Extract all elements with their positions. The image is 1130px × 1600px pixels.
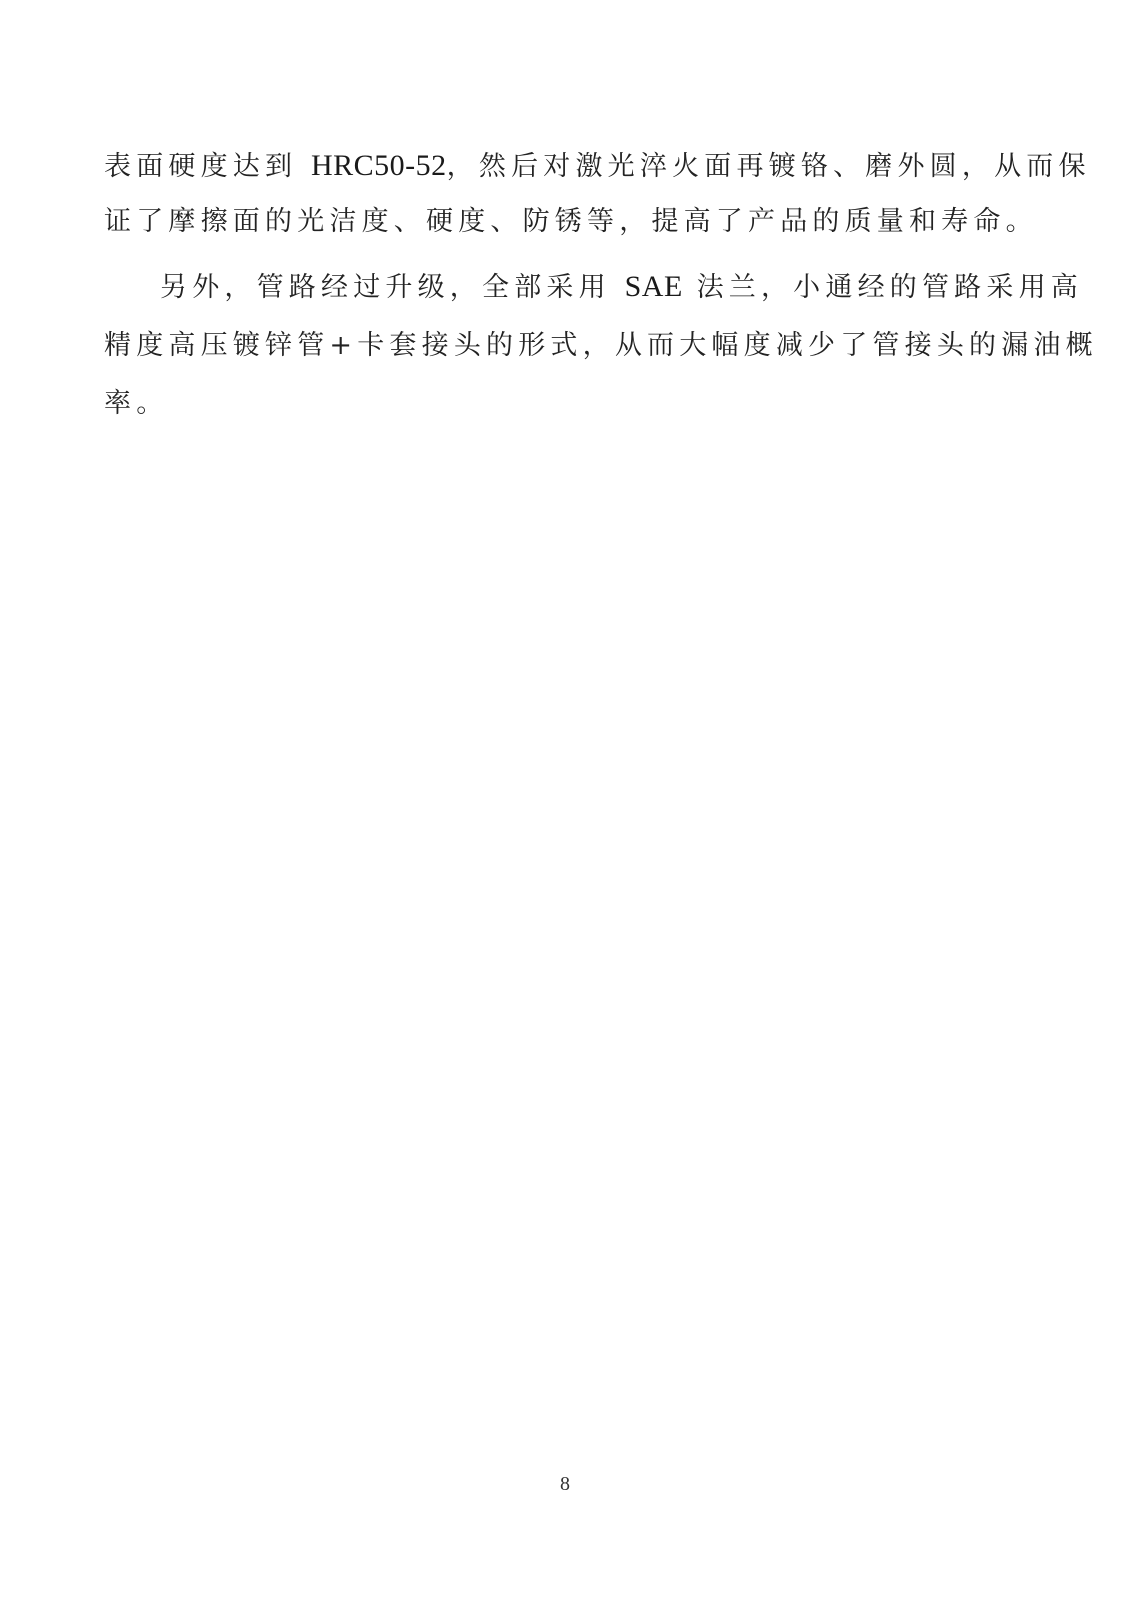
paragraph-1-line-1: 表面硬度达到 HRC50-52，然后对激光淬火面再镀铬、磨外圆，从而保 [104, 140, 1091, 192]
text-run: 表面硬度达到 [104, 151, 311, 182]
text-run: ，然后对激光淬火面再镀铬、磨外圆，从而保 [447, 151, 1091, 182]
text-run: 另外，管路经过升级，全部采用 [160, 272, 625, 303]
hardness-value: HRC50-52 [311, 149, 447, 182]
text-run: 法兰，小通经的管路采用高 [683, 272, 1083, 303]
paragraph-1-line-2: 证了摩擦面的光洁度、硬度、防锈等，提高了产品的质量和寿命。 [104, 196, 1038, 248]
page-number: 8 [0, 1470, 1130, 1498]
sae-term: SAE [625, 270, 683, 303]
paragraph-2-line-1: 另外，管路经过升级，全部采用 SAE 法兰，小通经的管路采用高 [160, 261, 1083, 313]
text-run: 率。 [104, 388, 168, 419]
text-run: 证了摩擦面的光洁度、硬度、防锈等，提高了产品的质量和寿命。 [104, 206, 1038, 237]
document-page: 表面硬度达到 HRC50-52，然后对激光淬火面再镀铬、磨外圆，从而保 证了摩擦… [0, 0, 1130, 1600]
text-run: 精度高压镀锌管+卡套接头的形式，从而大幅度减少了管接头的漏油概 [104, 330, 1098, 361]
paragraph-2-line-3: 率。 [104, 378, 168, 430]
paragraph-2-line-2: 精度高压镀锌管+卡套接头的形式，从而大幅度减少了管接头的漏油概 [104, 320, 1098, 372]
